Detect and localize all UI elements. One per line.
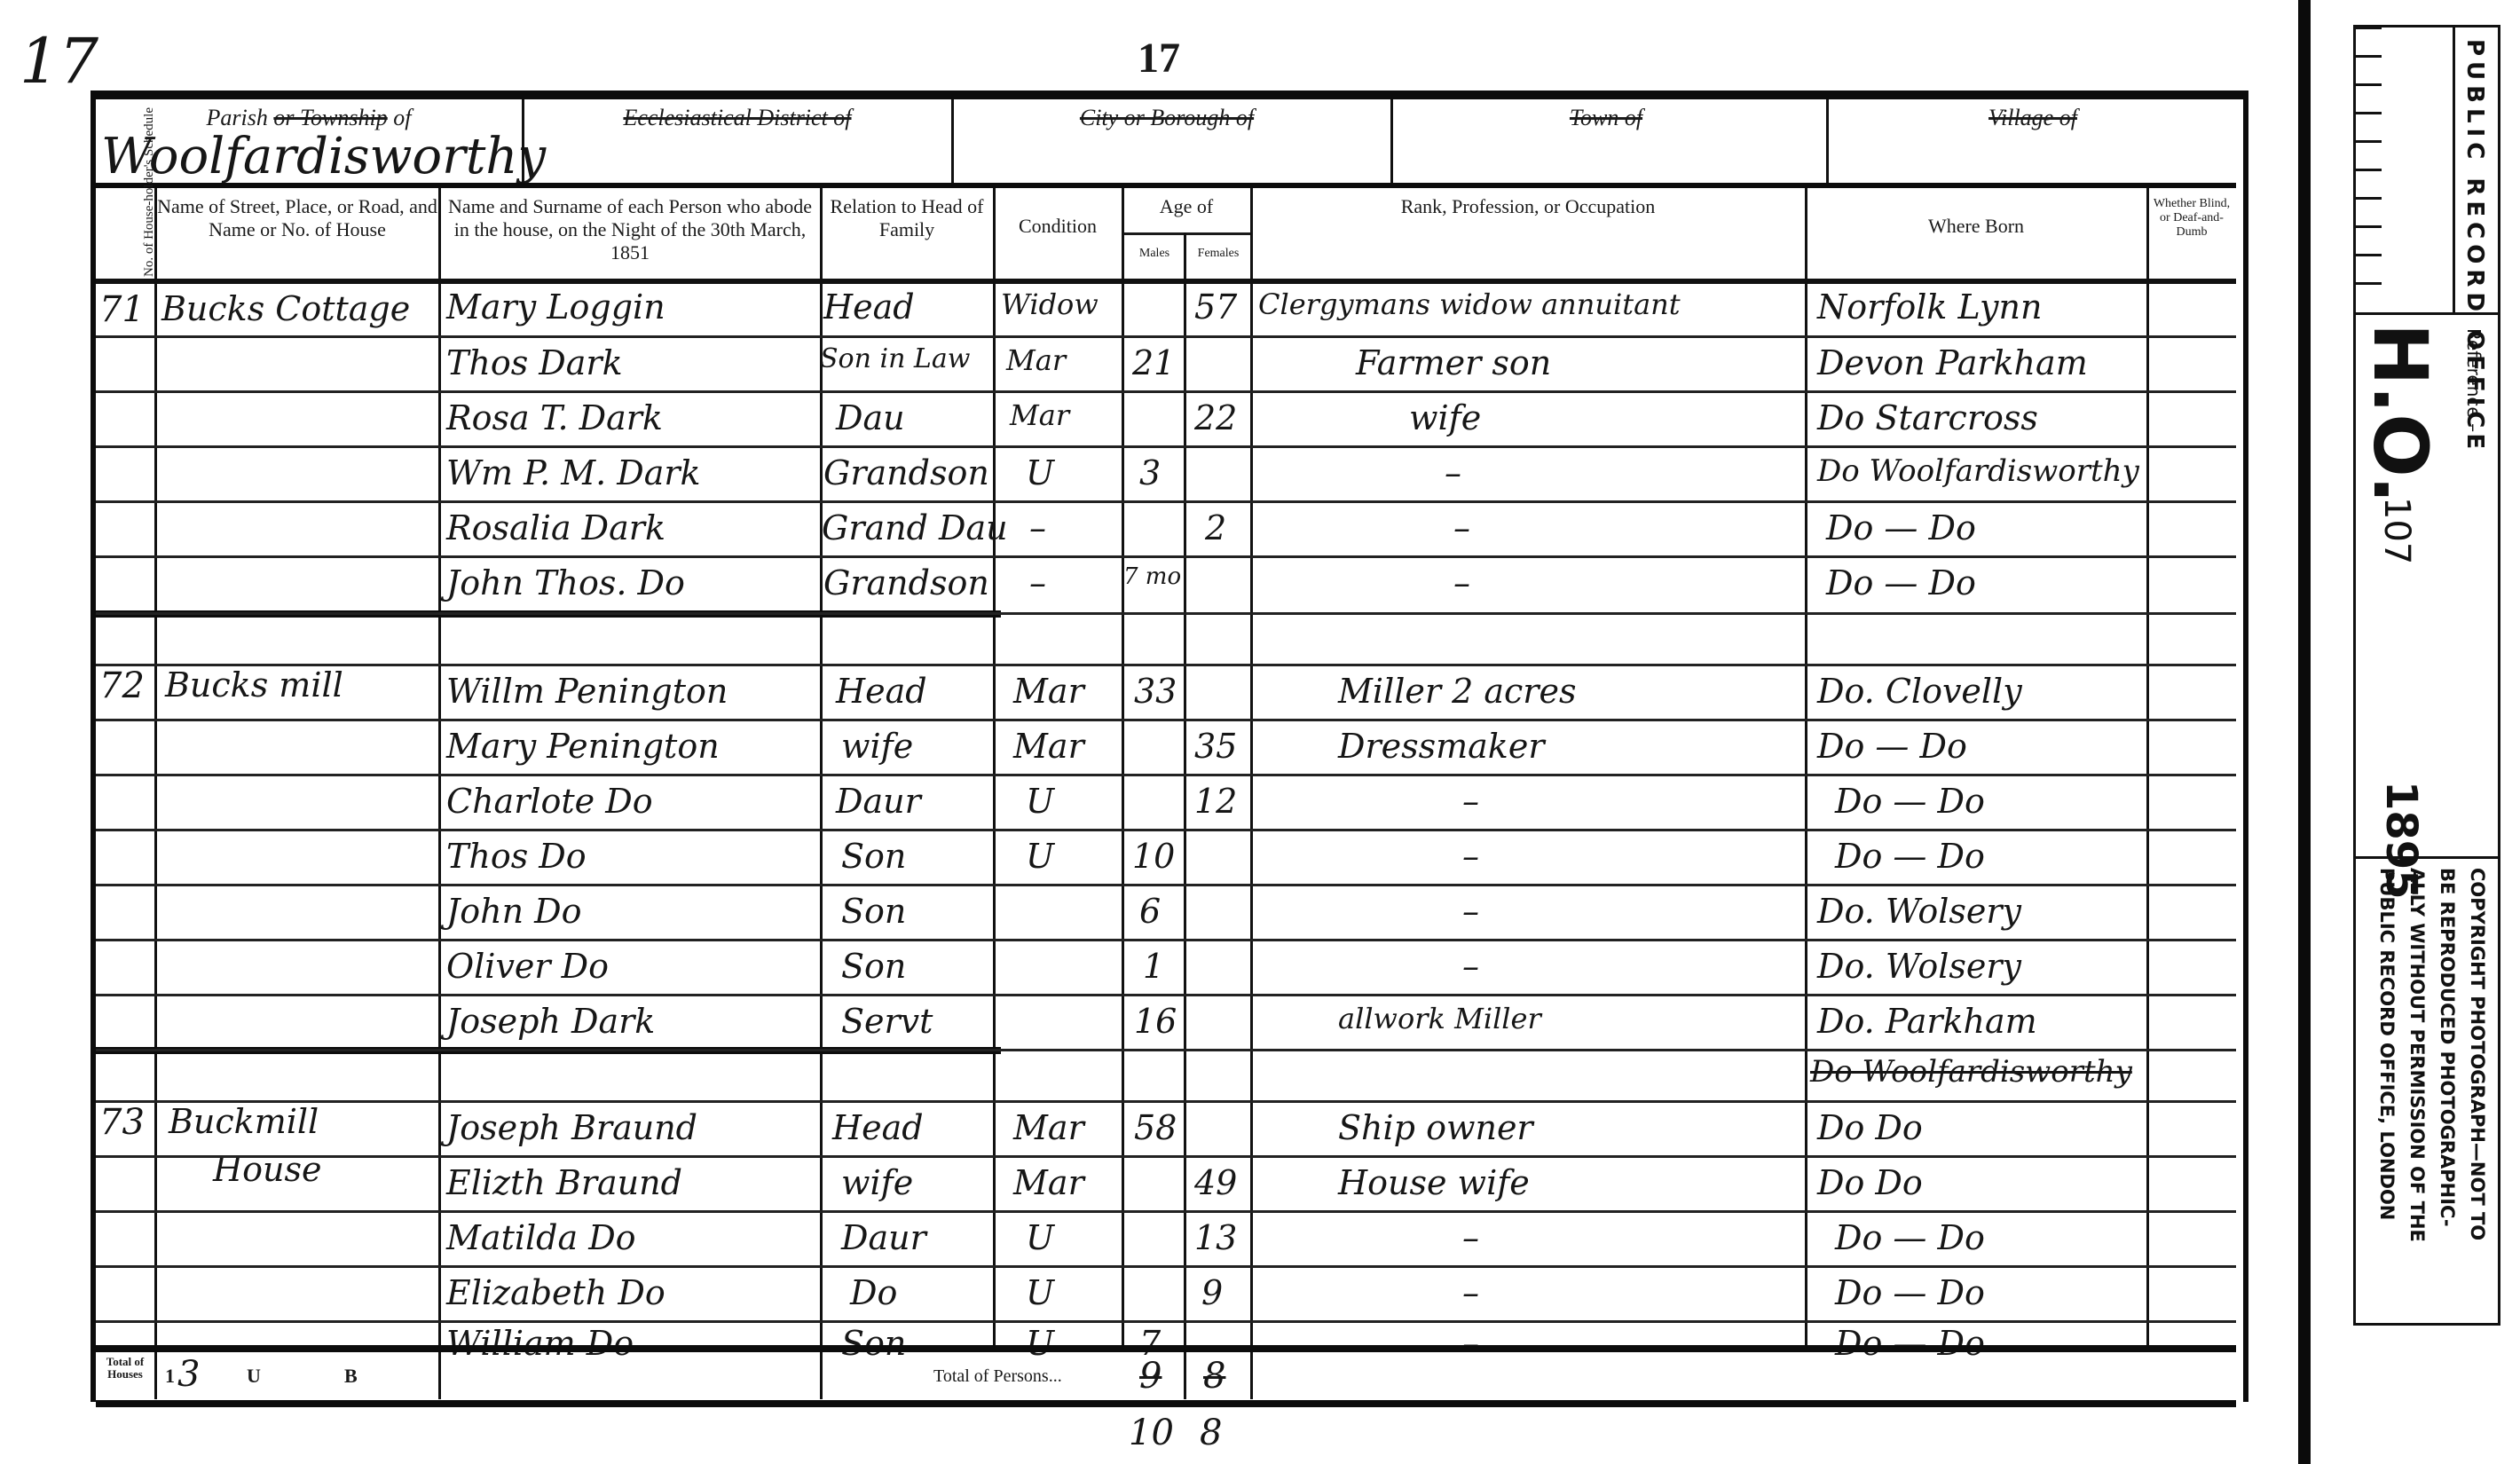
person-row: Wm P. M. Dark Grandson U 3 – Do Woolfard… (96, 448, 2236, 502)
person-relation: Son (841, 947, 906, 986)
person-condition: U (1026, 782, 1054, 821)
row-rule (96, 612, 2236, 615)
col-age-females: Females (1187, 247, 1249, 261)
city-label: City or Borough of (954, 105, 1380, 131)
person-condition: Mar (1013, 727, 1084, 766)
scale-ruler (2355, 27, 2405, 311)
form-top-rule (91, 91, 2243, 99)
person-age-male: 3 (1139, 453, 1161, 492)
person-relation: Son (841, 892, 906, 931)
person-age-male: 33 (1134, 672, 1177, 711)
parish-label-struck: or Township (273, 105, 387, 130)
person-birthplace: Do. Parkham (1817, 1002, 2037, 1041)
person-age-male: 16 (1134, 1002, 1177, 1041)
person-name: Joseph Braund (446, 1108, 697, 1147)
person-birthplace: Do Do (1817, 1163, 1923, 1202)
person-occupation: – (1445, 453, 1461, 492)
person-relation: Grandson (823, 563, 989, 602)
col-schedule: No. of House-holder's Schedule (96, 188, 154, 277)
person-age-male: 21 (1132, 343, 1175, 382)
person-condition: Mar (1013, 672, 1084, 711)
person-age-male: 7 mo (1123, 563, 1181, 590)
person-occupation: – (1453, 563, 1470, 602)
person-age-female: 12 (1194, 782, 1237, 821)
col-age-of: Age of (1124, 188, 1248, 284)
person-name: Willm Penington (446, 672, 728, 711)
person-birthplace: Do — Do (1835, 1324, 1985, 1363)
person-occupation: allwork Miller (1338, 1002, 1541, 1035)
copyright-line-1: COPYRIGHT PHOTOGRAPH—NOT TO (2467, 868, 2488, 1240)
person-row: Willm Penington Head Mar 33 Miller 2 acr… (96, 666, 2236, 720)
ecclesiastical-cell: Ecclesiastical District of (524, 105, 950, 183)
person-age-male: 10 (1132, 837, 1175, 876)
col-blind-deaf: Whether Blind, or Deaf-and-Dumb (2149, 188, 2234, 286)
divider (2453, 25, 2455, 313)
person-name: Rosalia Dark (446, 508, 665, 547)
person-row: William Do Son U 7 – Do — Do (96, 1295, 2236, 1350)
col-occupation: Rank, Profession, or Occupation (1253, 188, 1803, 284)
person-occupation: Miller 2 acres (1338, 672, 1576, 711)
person-relation: Head (836, 672, 927, 711)
person-relation: Son (841, 837, 906, 876)
person-occupation: – (1462, 1324, 1479, 1363)
row-rule (96, 1049, 2236, 1051)
person-name: Mary Penington (446, 727, 720, 766)
reference-class: 107 (2376, 497, 2417, 564)
town-cell: Town of (1393, 105, 1819, 183)
person-relation: wife (841, 1163, 913, 1202)
total-persons-label: Total of Persons... (933, 1366, 1062, 1387)
person-relation: Daur (841, 1218, 926, 1257)
total-females-struck: 8 (1203, 1356, 1225, 1397)
person-age-female: 22 (1194, 398, 1237, 437)
person-birthplace: Do Woolfardisworthy (1817, 453, 2139, 489)
total-houses-value: 3 (177, 1354, 200, 1395)
person-name: Joseph Dark (446, 1002, 655, 1041)
person-condition: U (1026, 453, 1054, 492)
person-condition: U (1026, 837, 1054, 876)
person-relation: Grand Dau (822, 508, 1008, 547)
person-row: Mary Penington wife Mar 35 Dressmaker Do… (96, 721, 2236, 775)
person-condition: Mar (1013, 1163, 1084, 1202)
person-age-female: 13 (1194, 1218, 1237, 1257)
person-age-female: 57 (1194, 287, 1237, 327)
person-age-male: 6 (1139, 892, 1161, 931)
person-occupation: – (1462, 892, 1479, 931)
person-relation: Son (841, 1324, 906, 1363)
person-birthplace: Do. Clovelly (1817, 672, 2022, 711)
town-label: Town of (1393, 105, 1819, 131)
person-row: Rosalia Dark Grand Dau – 2 – Do — Do (96, 503, 2236, 557)
person-relation: Servt (841, 1002, 933, 1041)
total-b-label: B (344, 1365, 358, 1388)
total-males-struck: 9 (1139, 1356, 1162, 1397)
person-name: Mary Loggin (446, 287, 665, 327)
folio-handwritten: 17 (20, 25, 98, 98)
person-birthplace: Do — Do (1835, 782, 1985, 821)
person-name: Elizth Braund (446, 1163, 682, 1202)
person-birthplace: Norfolk Lynn (1817, 287, 2042, 327)
person-name: Charlote Do (446, 782, 653, 821)
col-age-males: Males (1127, 247, 1182, 261)
person-occupation: House wife (1338, 1163, 1530, 1202)
archive-strip: PUBLIC RECORD OFFICE Reference – H.O. 10… (2311, 0, 2520, 1464)
person-birthplace: Do. Wolsery (1817, 947, 2021, 986)
reference-label: Reference – (2463, 328, 2485, 432)
total-females-corrected: 8 (1200, 1413, 1222, 1453)
person-occupation: – (1462, 782, 1479, 821)
parish-label-suffix: of (393, 105, 411, 130)
col-street: Name of Street, Place, or Road, and Name… (157, 188, 437, 284)
col-relation: Relation to Head of Family (823, 188, 991, 284)
person-name: Thos Dark (446, 343, 623, 382)
total-houses-prefix: 1 (165, 1365, 175, 1388)
person-birthplace: Do — Do (1826, 563, 1976, 602)
person-relation: Head (832, 1108, 924, 1147)
person-row: Matilda Do Daur U 13 – Do — Do (96, 1213, 2236, 1267)
person-relation: Grandson (823, 453, 989, 492)
person-occupation: – (1462, 1218, 1479, 1257)
person-condition: U (1026, 1324, 1054, 1363)
person-row: John Thos. Do Grandson – 7 mo – Do — Do (96, 558, 2236, 612)
person-row: Oliver Do Son 1 – Do. Wolsery (96, 941, 2236, 996)
person-row: Charlote Do Daur U 12 – Do — Do (96, 776, 2236, 830)
person-relation: Son in Law (820, 343, 970, 374)
person-occupation: wife (1409, 398, 1481, 437)
divider (2353, 856, 2498, 859)
city-cell: City or Borough of (954, 105, 1380, 183)
person-birthplace: Do Do (1817, 1108, 1923, 1147)
person-occupation: – (1462, 837, 1479, 876)
person-age-male: 58 (1134, 1108, 1177, 1147)
person-occupation: Dressmaker (1338, 727, 1545, 766)
age-subrule (1124, 232, 1250, 235)
person-name: Matilda Do (446, 1218, 636, 1257)
person-name: Rosa T. Dark (446, 398, 663, 437)
person-condition: Widow (1001, 287, 1099, 321)
parish-label: Parish (207, 105, 268, 130)
person-condition: U (1026, 1218, 1054, 1257)
person-name: Thos Do (446, 837, 587, 876)
person-relation: Daur (836, 782, 921, 821)
person-occupation: Ship owner (1338, 1108, 1533, 1147)
person-name: William Do (446, 1324, 634, 1363)
person-occupation: – (1453, 508, 1470, 547)
person-age-female: 35 (1194, 727, 1237, 766)
person-row: John Do Son 6 – Do. Wolsery (96, 886, 2236, 941)
person-condition: Mar (1013, 1108, 1084, 1147)
person-relation: Dau (836, 398, 905, 437)
totals-top-rule (96, 1345, 2236, 1352)
person-age-female: 2 (1205, 508, 1226, 547)
village-cell: Village of (1829, 105, 2237, 183)
person-condition: – (1029, 563, 1046, 602)
person-birthplace: Do — Do (1835, 1218, 1985, 1257)
person-age-male: 1 (1143, 947, 1164, 986)
person-occupation: – (1462, 947, 1479, 986)
col-name: Name and Surname of each Person who abod… (441, 188, 819, 284)
person-row: Mary Loggin Head Widow 57 Clergymans wid… (96, 282, 2236, 336)
person-condition: Mar (1006, 343, 1066, 377)
person-age-female: 49 (1194, 1163, 1237, 1202)
struck-birthplace: Do Woolfardisworthy (1810, 1054, 2132, 1090)
person-row: Joseph Braund Head Mar 58 Ship owner Do … (96, 1103, 2236, 1157)
total-males-corrected: 10 (1129, 1413, 1174, 1453)
person-row: Thos Dark Son in Law Mar 21 Farmer son D… (96, 338, 2236, 392)
parish-cell: Parish or Township of Woolfardisworthy (96, 105, 522, 183)
village-label: Village of (1829, 105, 2237, 131)
person-birthplace: Do — Do (1835, 837, 1985, 876)
person-name: John Do (446, 892, 581, 931)
total-u-label: U (247, 1365, 261, 1388)
total-houses-label: Total of Houses (98, 1356, 153, 1381)
person-name: Wm P. M. Dark (446, 453, 701, 492)
person-name: Oliver Do (446, 947, 609, 986)
person-condition: Mar (1010, 398, 1069, 432)
person-relation: wife (841, 727, 913, 766)
ecclesiastical-label: Ecclesiastical District of (524, 105, 950, 131)
copyright-line-2: BE REPRODUCED PHOTOGRAPHIC- (2437, 868, 2458, 1227)
parish-value: Woolfardisworthy (101, 128, 546, 185)
person-row: Joseph Dark Servt 16 allwork Miller Do. … (96, 996, 2236, 1051)
person-row: Thos Do Son U 10 – Do — Do (96, 831, 2236, 885)
person-birthplace: Do — Do (1826, 508, 1976, 547)
person-birthplace: Devon Parkham (1817, 343, 2088, 382)
person-occupation: Clergymans widow annuitant (1258, 287, 1681, 321)
person-row: Rosa T. Dark Dau Mar 22 wife Do Starcros… (96, 393, 2236, 447)
copyright-line-3: ALLY WITHOUT PERMISSION OF THE (2406, 868, 2428, 1242)
person-name: John Thos. Do (446, 563, 685, 602)
person-birthplace: Do. Wolsery (1817, 892, 2021, 931)
strip-edge (2298, 0, 2311, 1464)
person-birthplace: Do — Do (1817, 727, 1967, 766)
person-birthplace: Do Starcross (1817, 398, 2038, 437)
totals-bottom-rule (96, 1400, 2236, 1407)
folio-printed: 17 (1138, 34, 1180, 83)
person-row: Elizth Braund wife Mar 49 House wife Do … (96, 1158, 2236, 1212)
copyright-line-4: PUBLIC RECORD OFFICE, LONDON (2376, 868, 2398, 1220)
person-condition: – (1029, 508, 1046, 547)
reference-code: H.O. (2357, 323, 2444, 504)
person-occupation: Farmer son (1356, 343, 1551, 382)
person-relation: Head (823, 287, 915, 327)
